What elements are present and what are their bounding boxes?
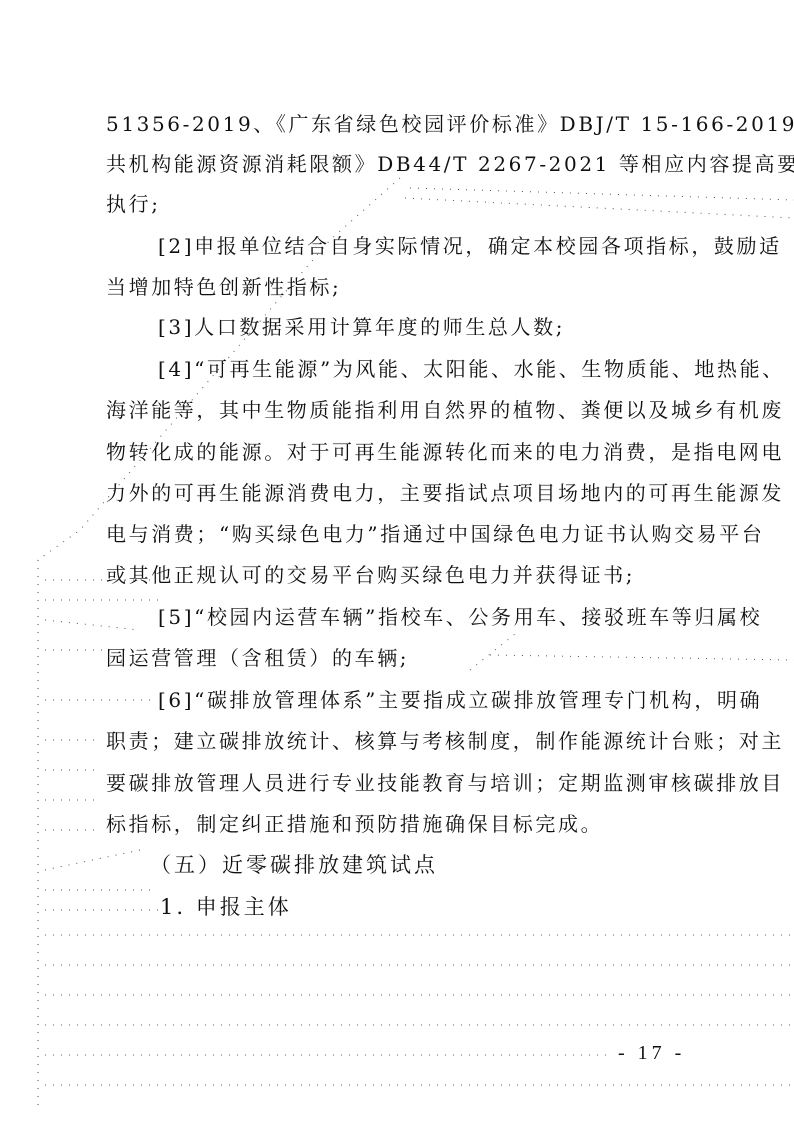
- subsection-heading: 1. 申报主体: [160, 895, 292, 919]
- body-text-line: 标指标，制定纠正措施和预防措施确保目标完成。: [106, 812, 603, 836]
- document-page: 51356-2019、《广东省绿色校园评价标准》DBJ/T 15-166-201…: [0, 0, 794, 1123]
- body-text-line: 51356-2019、《广东省绿色校园评价标准》DBJ/T 15-166-201…: [106, 112, 794, 136]
- body-text-line: 执行;: [106, 192, 161, 216]
- note-6-line: [6]“碳排放管理体系”主要指成立碳排放管理专门机构，明确: [158, 688, 762, 712]
- body-text-line: 力外的可再生能源消费电力，主要指试点项目场地内的可再生能源发: [106, 481, 784, 505]
- note-2-line: [2]申报单位结合自身实际情况，确定本校园各项指标，鼓励适: [158, 234, 782, 258]
- body-text-line: 要碳排放管理人员进行专业技能教育与培训；定期监测审核碳排放目: [106, 771, 784, 795]
- note-5-line: [5]“校园内运营车辆”指校车、公务用车、接驳班车等归属校: [158, 605, 762, 629]
- page-number: - 17 -: [618, 1042, 685, 1065]
- body-text-line: 共机构能源资源消耗限额》DB44/T 2267-2021 等相应内容提高要求: [106, 152, 794, 176]
- body-text-line: 职责；建立碳排放统计、核算与考核制度，制作能源统计台账；对主: [106, 729, 784, 753]
- note-3-line: [3]人口数据采用计算年度的师生总人数;: [158, 315, 565, 339]
- body-text-line: 电与消费；“购买绿色电力”指通过中国绿色电力证书认购交易平台: [106, 522, 764, 546]
- note-4-line: [4]“可再生能源”为风能、太阳能、水能、生物质能、地热能、: [158, 357, 785, 381]
- body-text-line: 或其他正规认可的交易平台购买绿色电力并获得证书;: [106, 563, 635, 587]
- body-text-line: 园运营管理（含租赁）的车辆;: [106, 646, 409, 670]
- body-text-line: 海洋能等，其中生物质能指利用自然界的植物、粪便以及城乡有机废: [106, 398, 784, 422]
- section-heading: （五）近零碳排放建筑试点: [150, 853, 438, 877]
- body-text-line: 当增加特色创新性指标;: [106, 275, 341, 299]
- body-text-line: 物转化成的能源。对于可再生能源转化而来的电力消费，是指电网电: [106, 440, 784, 464]
